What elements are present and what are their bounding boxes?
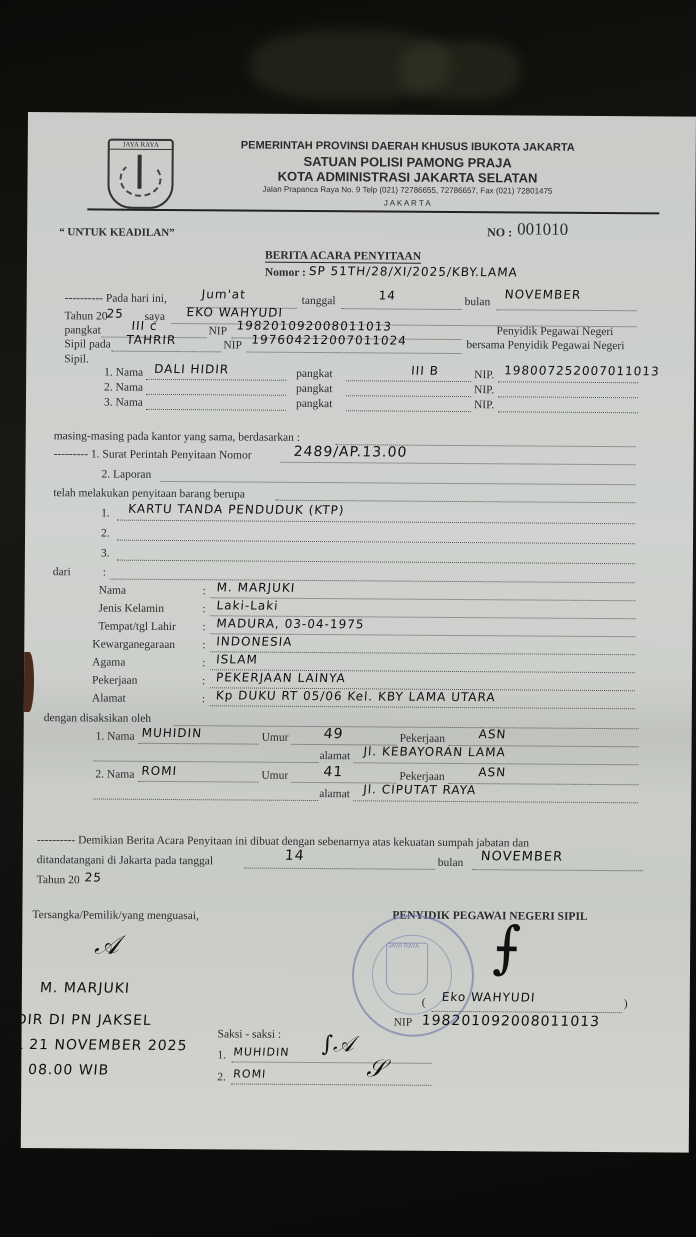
paper-edge-stain — [24, 652, 34, 712]
witnesses-label: dengan disaksikan oleh — [44, 712, 151, 725]
subject-field-value: Laki-Laki — [216, 598, 279, 612]
surat-perintah-label: --------- 1. Surat Perintah Penyitaan No… — [54, 448, 252, 461]
witness-name: ROMI — [141, 764, 178, 778]
witness-alamat: Jl. KEBAYORAN LAMA — [363, 744, 506, 759]
seized-label: telah melakukan penyitaan barang berupa — [53, 487, 245, 500]
investigator-nip-label: NIP — [394, 1017, 413, 1029]
subject-field-value: M. MARJUKI — [216, 580, 296, 595]
sipil-pada-line — [111, 351, 221, 353]
closing-tanggal-line — [245, 868, 435, 870]
subject-field-label: Alamat — [92, 692, 126, 704]
officer-no-label: 3. Nama — [104, 397, 143, 409]
hari-value: Jum'at — [201, 287, 246, 301]
nip2-line — [246, 352, 461, 355]
pangkat-value: III c — [131, 319, 158, 333]
witness-umur: 41 — [323, 764, 344, 780]
doc-title: BERITA ACARA PENYITAAN — [265, 250, 421, 264]
tahun-value: 25 — [106, 307, 124, 321]
laporan-line — [160, 481, 635, 485]
subject-field-label: Jenis Kelamin — [98, 603, 164, 615]
subject-field-line — [210, 651, 635, 655]
bulan-value: NOVEMBER — [504, 287, 582, 302]
subject-field-colon: : — [202, 639, 205, 651]
officer-no-label: 2. Nama — [104, 382, 143, 394]
nip2-value: 197604212007011024 — [251, 333, 408, 348]
subject-field-label: Tempat/tgl Lahir — [98, 621, 176, 634]
basis-label: masing-masing pada kantor yang sama, ber… — [54, 430, 300, 444]
logo-text: JAYA RAYA — [110, 141, 172, 150]
sipil-pada-label: Sipil pada — [64, 338, 110, 350]
officer-pangkat-label: pangkat — [296, 383, 332, 395]
subject-field-label: Nama — [99, 585, 127, 597]
subject-field-colon: : — [202, 657, 205, 669]
dari-line — [110, 579, 635, 584]
officer-pangkat-line — [346, 380, 471, 382]
witness-pekerjaan-label: Pekerjaan — [399, 771, 444, 783]
officer-pangkat-label: pangkat — [296, 368, 332, 380]
closing-tahun-label: Tahun 20 — [37, 874, 80, 886]
witness-pekerjaan-label: Pekerjaan — [400, 733, 445, 745]
sipil-label: Sipil. — [64, 353, 89, 365]
suspect-name: M. MARJUKI — [39, 980, 130, 997]
tahun-label: Tahun 20 — [65, 310, 108, 322]
witness-alamat-label: alamat — [319, 750, 350, 762]
officer-pangkat: III B — [411, 364, 440, 378]
witness-sign-no: 2. — [217, 1071, 226, 1083]
background-stain — [400, 40, 520, 100]
nomor-value: SP 51TH/28/XI/2025/KBY.LAMA — [308, 264, 518, 279]
witness-pekerjaan-line — [448, 783, 638, 785]
surat-perintah-line — [281, 462, 636, 465]
nip-label: NIP — [208, 325, 227, 337]
monument-icon — [137, 155, 141, 189]
witness2-signature: 𝒮 — [366, 1054, 385, 1082]
subject-field-value: Kp DUKU RT 05/06 Kel. KBY LAMA UTARA — [215, 688, 496, 704]
officers-list: 1. NamaDALI HIDIRpangkatIII BNIP.1980072… — [28, 112, 696, 117]
closing-bulan-label: bulan — [438, 857, 464, 869]
subject-fields: Nama:M. MARJUKIJenis Kelamin:Laki-LakiTe… — [28, 112, 696, 117]
officer-nip: 198007252007011013 — [504, 363, 661, 378]
summons-note-line1: HADIR DI PN JAKSEL — [0, 1012, 152, 1029]
seized-item-line — [117, 540, 635, 545]
witnesses-line — [174, 725, 639, 729]
subject-field-label: Agama — [92, 656, 125, 668]
seized-item-line — [117, 560, 635, 565]
nomor-label: Nomor : — [265, 267, 306, 279]
subject-field-colon: : — [202, 675, 205, 687]
tanggal-value: 14 — [378, 288, 396, 302]
witness-name-line — [138, 781, 258, 783]
investigator-name: Eko WAHYUDI — [441, 990, 536, 1005]
witness-sign-name: MUHIDIN — [233, 1045, 290, 1058]
stamp-text: JAYA RAYA — [388, 944, 419, 950]
dari-colon: : — [103, 567, 106, 579]
officer-name: DALI HIDIR — [154, 362, 230, 377]
subject-field-colon: : — [203, 585, 206, 597]
tanggal-label: tanggal — [302, 295, 336, 307]
ppns-label: Penyidik Pegawai Negeri — [496, 325, 613, 338]
letterhead-city: J A K A R T A — [187, 197, 627, 209]
officer-nip-label: NIP. — [474, 369, 494, 381]
officer-name-line — [146, 409, 286, 411]
witness-umur-label: Umur — [262, 732, 289, 744]
closing-text: ---------- Demikian Berita Acara Penyita… — [37, 834, 529, 849]
letterhead-line1: PEMERINTAH PROVINSI DAERAH KHUSUS IBUKOT… — [188, 139, 628, 154]
subject-field-colon: : — [202, 693, 205, 705]
closing-bulan-value: NOVEMBER — [480, 849, 563, 865]
closing-tahun-value: 25 — [84, 870, 102, 884]
officer-pangkat-label: pangkat — [296, 398, 332, 410]
bulan-line — [497, 309, 637, 311]
subject-field-line — [210, 705, 635, 709]
letterhead-divider — [87, 208, 659, 214]
subject-field-colon: : — [202, 621, 205, 633]
pada-hari-ini-label: ---------- Pada hari ini, — [65, 292, 167, 305]
witness-signatures: 1.MUHIDIN2.ROMI — [28, 112, 696, 117]
seized-item-no: 2. — [101, 528, 110, 540]
sipil-pada-value: TAHRIR — [126, 333, 177, 347]
witness-name-line — [139, 743, 259, 745]
subject-field-value: PEKERJAAN LAINYA — [216, 670, 347, 685]
officer-pangkat-line — [346, 410, 471, 412]
officer-no-label: 1. Nama — [104, 367, 143, 379]
doc-number: 001010 — [517, 219, 568, 239]
witness-alamat-line — [353, 800, 638, 803]
closing-tanggal-value: 14 — [284, 848, 305, 864]
ditandatangani-label: ditandatangani di Jakarta pada tanggal — [37, 854, 213, 867]
surat-perintah-value: 2489/AP.13.00 — [293, 444, 408, 461]
witnesses-list: 1. NamaMUHIDINUmur49PekerjaanASNalamatJl… — [28, 112, 696, 117]
witness-umur: 49 — [323, 726, 344, 742]
letterhead-line3: KOTA ADMINISTRASI JAKARTA SELATAN — [188, 168, 628, 186]
jakarta-logo-icon: JAYA RAYA — [107, 139, 173, 209]
name-open-paren: ( — [422, 997, 426, 1009]
bulan-label: bulan — [465, 296, 491, 308]
witness-no-label: 1. Nama — [96, 730, 135, 742]
officer-name-line — [146, 394, 286, 396]
witness-address-line-left — [93, 760, 318, 763]
seized-item-value: KARTU TANDA PENDUDUK (KTP) — [128, 502, 345, 518]
doc-number-label: NO : — [487, 225, 512, 240]
subject-field-value: INDONESIA — [216, 634, 293, 649]
witness-pekerjaan: ASN — [478, 727, 507, 741]
bersama-label: bersama Penyidik Pegawai Negeri — [466, 339, 624, 352]
witness-sign-label: Saksi - saksi : — [218, 1028, 282, 1040]
subject-field-value: MADURA, 03-04-1975 — [216, 616, 365, 631]
left-sign-title: Tersangka/Pemilik/yang menguasai, — [32, 909, 199, 922]
saya-value: EKO WAHYUDI — [186, 305, 283, 320]
investigator-nip: 198201092008011013 — [421, 1013, 601, 1030]
seized-items: 1.KARTU TANDA PENDUDUK (KTP)2.3. — [28, 112, 696, 117]
witness-alamat: Jl. CIPUTAT RAYA — [363, 782, 477, 797]
subject-field-label: Kewarganegaraan — [92, 638, 175, 651]
closing-bulan-line — [473, 869, 643, 871]
officer-nip-line — [498, 396, 638, 398]
officer-nip-line — [498, 411, 638, 413]
name-close-paren: ) — [624, 998, 628, 1010]
subject-field-colon: : — [202, 603, 205, 615]
witness-address-line-left — [93, 798, 318, 801]
witness-sign-line — [231, 1061, 431, 1063]
nip-value: 198201092008011013 — [236, 318, 393, 333]
witness-sign-name: ROMI — [233, 1067, 267, 1080]
seized-item-no: 3. — [101, 548, 110, 560]
pangkat-label: pangkat — [64, 324, 100, 336]
investigator-signature: ⨍ — [492, 915, 522, 980]
subject-field-label: Pekerjaan — [92, 674, 137, 686]
witness1-signature: ∫𝒜 — [321, 1032, 353, 1057]
tanggal-line — [342, 308, 462, 310]
subject-field-value: ISLAM — [216, 652, 259, 666]
motto: “ UNTUK KEADILAN” — [59, 226, 175, 239]
officer-nip-label: NIP. — [474, 384, 494, 396]
document-paper: JAYA RAYA PEMERINTAH PROVINSI DAERAH KHU… — [21, 112, 696, 1153]
seized-item-no: 1. — [101, 508, 110, 520]
officer-nip-label: NIP. — [474, 399, 494, 411]
nip2-label: NIP — [223, 339, 242, 351]
summons-note-line3: Jam 08.00 WIB — [0, 1062, 110, 1079]
officer-pangkat-line — [346, 395, 471, 397]
summons-note-line2: TGL 21 NOVEMBER 2025 — [0, 1037, 188, 1054]
dari-label: dari — [53, 566, 71, 578]
witness-sign-line — [231, 1083, 431, 1085]
witness-alamat-label: alamat — [319, 788, 350, 800]
officer-name-line — [146, 379, 286, 381]
witness-umur-label: Umur — [261, 770, 288, 782]
seized-item-line — [117, 520, 635, 525]
letterhead-address: Jalan Prapanca Raya No. 9 Telp (021) 727… — [187, 184, 627, 196]
witness-sign-no: 1. — [217, 1049, 226, 1061]
officer-nip-line — [498, 381, 638, 383]
witness-name: MUHIDIN — [141, 726, 203, 740]
suspect-signature: 𝒜 — [94, 930, 119, 961]
witness-pekerjaan: ASN — [478, 765, 507, 779]
laporan-label: 2. Laporan — [101, 469, 151, 481]
witness-no-label: 2. Nama — [95, 768, 134, 780]
